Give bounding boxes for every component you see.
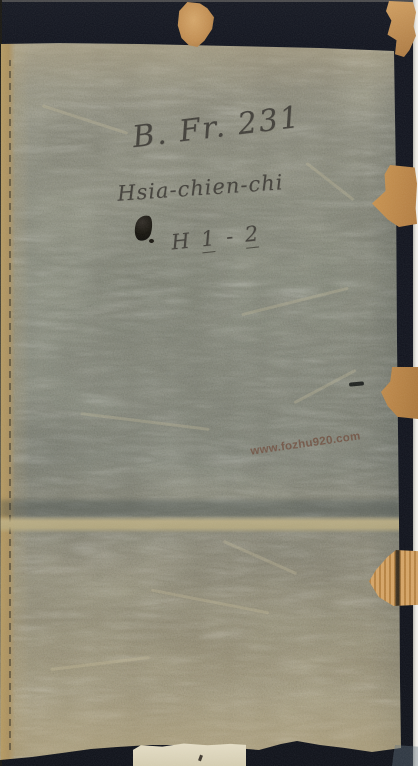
tape-dark-fleck bbox=[198, 754, 203, 761]
tape-fragment-top-right bbox=[386, 1, 416, 57]
ink-blot-satellite bbox=[149, 239, 154, 243]
handwritten-volume: H 1 - 2 bbox=[170, 222, 259, 255]
fiber-streak bbox=[42, 104, 129, 135]
fiber-streak bbox=[293, 369, 356, 405]
book-cover-cloth: B. Fr. 231 Hsia-chien-chi H 1 - 2 www.fo… bbox=[0, 0, 418, 766]
handwritten-shelfmark: B. Fr. 231 bbox=[130, 100, 302, 155]
crease-shadow bbox=[0, 500, 400, 517]
fiber-streak bbox=[80, 412, 209, 431]
scan-top-edge-highlight bbox=[0, 0, 418, 2]
volume-separator: - bbox=[225, 224, 235, 249]
volume-number-1: 1 bbox=[200, 226, 216, 253]
fiber-streak bbox=[50, 656, 150, 671]
spine-stitch-thread bbox=[9, 60, 11, 750]
dark-thread-mark bbox=[349, 381, 364, 386]
horizontal-crease-band bbox=[0, 516, 400, 533]
scanned-book-cover-photo: B. Fr. 231 Hsia-chien-chi H 1 - 2 www.fo… bbox=[0, 0, 418, 766]
tape-fragment-bottom-right bbox=[392, 745, 418, 766]
handwritten-title: Hsia-chien-chi bbox=[116, 170, 284, 206]
fiber-streak bbox=[241, 287, 348, 317]
tape-fragment-top-center bbox=[177, 2, 214, 47]
fiber-streak bbox=[223, 540, 297, 575]
cover-top-shading bbox=[0, 44, 418, 90]
volume-letter: H bbox=[170, 229, 191, 255]
tape-fragment-bottom-center bbox=[133, 743, 246, 766]
fiber-streak bbox=[151, 589, 269, 615]
spine-edge-strip bbox=[1, 42, 15, 762]
volume-number-2: 2 bbox=[243, 222, 259, 249]
website-watermark: www.fozhu920.com bbox=[250, 430, 362, 457]
fiber-streak bbox=[305, 162, 354, 201]
